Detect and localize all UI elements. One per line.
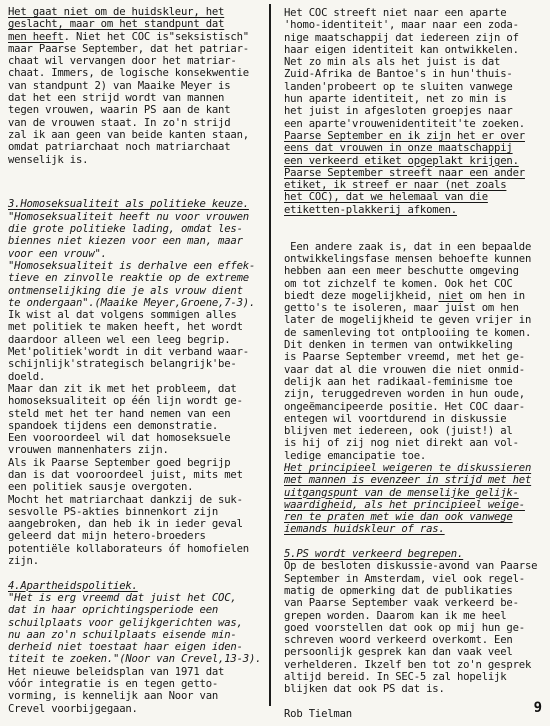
ontwikkeling-paragraph-line: zijn, teruggedreven worden in hun oude, xyxy=(284,388,546,400)
ontwikkeling-paragraph-line: delijk aan het radikaal-feminisme toe xyxy=(284,376,546,388)
section3-quote1-line: die grote politieke lading, omdat les- xyxy=(8,223,268,235)
section3-body-line: Als ik Paarse September goed begrijp xyxy=(8,457,268,469)
etiket-statement-line: het COC), dat we helemaal van die xyxy=(284,191,546,203)
blank-line xyxy=(284,696,546,708)
coc-paragraph-line: het juist in afgesloten groepjes naar xyxy=(284,105,546,117)
ontwikkeling-paragraph-line: om tot zichzelf te komen. Ook het COC xyxy=(284,278,546,290)
intro-paragraph-line: geslacht, maar om het standpunt dat xyxy=(8,18,268,30)
section5-body-line: van Paarse September vaak verkeerd be- xyxy=(284,597,546,609)
section4-body-line: Crevel voorbijgegaan. xyxy=(8,703,268,715)
section3-body-line: Maar dan zit ik met het probleem, dat xyxy=(8,383,268,395)
section5-body-line: Op de besloten diskussie-avond van Paars… xyxy=(284,560,546,572)
section3-quote1-line: voor een vrouw". xyxy=(8,248,268,260)
etiket-statement-line: een verkeerd etiket opgeplakt krijgen. xyxy=(284,155,546,167)
author-signature-line: Rob Tielman xyxy=(284,708,546,720)
section5-body-line: schreven woord verkeerd overkomt. Een xyxy=(284,634,546,646)
section3-quote1-line: biennes niet kiezen voor een man, maar xyxy=(8,235,268,247)
section4-body-line: Het nieuwe beleidsplan van 1971 dat xyxy=(8,666,268,678)
intro-paragraph-line: dat het een strijd wordt van mannen xyxy=(8,92,268,104)
coc-paragraph-line: nige maatschappij dat iedereen zijn of xyxy=(284,32,546,44)
coc-paragraph-line: 'homo-identiteit', maar naar een zoda- xyxy=(284,19,546,31)
intro-paragraph-line: tegen vrouwen, waarin PS aan de kant xyxy=(8,104,268,116)
right-column: Het COC streeft niet naar een aparte'hom… xyxy=(284,0,546,720)
section3-body-line: zijn. xyxy=(8,555,268,567)
intro-paragraph-line: van standpunt 2) van Maaike Meyer is xyxy=(8,80,268,92)
section3-quote1-line: "Homoseksualiteit heeft nu voor vrouwen xyxy=(8,211,268,223)
blank-line xyxy=(8,178,268,190)
section4-quote-line: titeit te zoeken."(Noor van Crevel,13-3)… xyxy=(8,653,268,665)
document-page: Het gaat niet om de huidskleur, hetgesla… xyxy=(0,0,550,726)
section3-quote2-line: tieve en zinvolle reaktie op de extreme xyxy=(8,272,268,284)
ontwikkeling-paragraph-line: ontwikkelingsfase mensen behoefte kunnen xyxy=(284,253,546,265)
etiket-statement-line: Paarse September streeft naar een ander xyxy=(284,167,546,179)
etiket-statement-line: eens dat vrouwen in onze maatschappij xyxy=(284,142,546,154)
section5-body-line: matig de opmerking dat de publikaties xyxy=(284,585,546,597)
principieel-statement-line: uitgangspunt van de menselijke gelijk- xyxy=(284,487,546,499)
section3-quote2-line: ontmenselijking die je als vrouw dient xyxy=(8,285,268,297)
section3-heading-line: 3.Homoseksualiteit als politieke keuze. xyxy=(8,198,268,210)
ontwikkeling-paragraph-line: is Paarse September vreemd, met het ge- xyxy=(284,351,546,363)
ontwikkeling-paragraph-line: blijven met iedereen, ook (juist!) al xyxy=(284,425,546,437)
ontwikkeling-paragraph-line: getto's te isoleren, maar juist om hen xyxy=(284,302,546,314)
section3-body-line: sesvolle PS-akties binnenkort zijn xyxy=(8,506,268,518)
section5-body-line: verhelderen. Ikzelf ben tot zo'n gesprek xyxy=(284,659,546,671)
ontwikkeling-paragraph-line: entegen wil voortdurend in diskussie xyxy=(284,413,546,425)
section3-body-line: doeld. xyxy=(8,371,268,383)
principieel-statement-line: met mannen is evenzeer in strijd met het xyxy=(284,474,546,486)
section3-body-line: met politiek te maken heeft, het wordt xyxy=(8,321,268,333)
etiket-statement-line: etiketten-plakkerij afkomen. xyxy=(284,204,546,216)
section5-body-line: blijken dat ook PS dat is. xyxy=(284,683,546,695)
intro-paragraph-line: maar Paarse September, dat het patriar- xyxy=(8,43,268,55)
blank-line xyxy=(8,567,268,579)
intro-paragraph-line: men heeft. Niet het COC is"seksistisch" xyxy=(8,31,268,43)
section3-body-line: schijnlijk'strategisch belangrijk'be- xyxy=(8,358,268,370)
coc-paragraph-line: Net zo min als als het juist is dat xyxy=(284,56,546,68)
section4-quote-line: derheid niet toestaat haar eigen iden- xyxy=(8,641,268,653)
intro-paragraph-line: Het gaat niet om de huidskleur, het xyxy=(8,6,268,18)
section5-body-line: goed voorstellen dat ook op mij hun ge- xyxy=(284,622,546,634)
ontwikkeling-paragraph-line: hebben aan een meer beschutte omgeving xyxy=(284,265,546,277)
intro-paragraph-line: van de vrouwen staat. In zo'n strijd xyxy=(8,117,268,129)
section3-quote2-line: te ondergaan".(Maaike Meyer,Groene,7-3). xyxy=(8,297,268,309)
blank-line xyxy=(8,166,268,178)
section5-heading-line: 5.PS wordt verkeerd begrepen. xyxy=(284,548,546,560)
section3-body-line: aangebroken, dan heb ik in ieder geval xyxy=(8,518,268,530)
section3-body-line: Een vooroordeel wil dat homoseksuele xyxy=(8,432,268,444)
section4-quote-line: schuilplaats voor gelijkgerichten was, xyxy=(8,617,268,629)
section3-body-line: daardoor alleen wel een leeg begrip. xyxy=(8,334,268,346)
section3-body-line: geleerd dat mijn hetero-broeders xyxy=(8,530,268,542)
ontwikkeling-paragraph-line: ongeëmancipeerde positie. Het COC daar- xyxy=(284,401,546,413)
section4-heading-line: 4.Apartheidspolitiek. xyxy=(8,580,268,592)
section3-body-line: steld met het ter hand nemen van een xyxy=(8,408,268,420)
section4-body-line: vorming, is kennelijk aan Noor van xyxy=(8,690,268,702)
section3-body-line: Ik wist al dat volgens sommigen alles xyxy=(8,309,268,321)
section5-body-line: grepen worden. Daarom kan ik me heel xyxy=(284,610,546,622)
section3-body-line: potentiële kollaborateurs óf homofielen xyxy=(8,543,268,555)
section3-body-line: Met'politiek'wordt in dit verband waar- xyxy=(8,346,268,358)
intro-paragraph-line: omdat patriarchaat noch matriarchaat xyxy=(8,141,268,153)
section3-body-line: een politiek sausje overgoten. xyxy=(8,481,268,493)
section4-quote-line: nu aan zo'n schuilplaats eisende min- xyxy=(8,629,268,641)
ontwikkeling-paragraph-line: vaar dat al die vrouwen die niet onmid- xyxy=(284,364,546,376)
principieel-statement-line: Het principieel weigeren te diskussieren xyxy=(284,462,546,474)
section5-body-line: September in Amsterdam, viel ook regel- xyxy=(284,573,546,585)
ontwikkeling-paragraph-line: Een andere zaak is, dat in een bepaalde xyxy=(284,241,546,253)
etiket-statement-line: etiket, ik streef er naar (net zoals xyxy=(284,179,546,191)
etiket-statement-line: Paarse September en ik zijn het er over xyxy=(284,130,546,142)
page-number: 9 xyxy=(534,700,542,716)
section3-body-line: spandoek tijdens een demonstratie. xyxy=(8,420,268,432)
left-column: Het gaat niet om de huidskleur, hetgesla… xyxy=(8,0,268,715)
section4-quote-line: dat in haar oprichtingsperiode een xyxy=(8,604,268,616)
coc-paragraph-line: Zuid-Afrika de Bantoe's in hun'thuis- xyxy=(284,68,546,80)
blank-line xyxy=(284,536,546,548)
blank-line xyxy=(284,216,546,228)
ontwikkeling-paragraph-line: later de mogelijkheid te geven vrijer in xyxy=(284,314,546,326)
section3-body-line: dan is dat vooroordeel juist, mits met xyxy=(8,469,268,481)
intro-paragraph-line: chaat. Immers, de logische konsekwentie xyxy=(8,67,268,79)
section5-body-line: persoonlijk gesprek kan dan vaak veel xyxy=(284,646,546,658)
section4-quote-line: "Het is erg vreemd dat juist het COC, xyxy=(8,592,268,604)
ontwikkeling-paragraph-line: biedt deze mogelijkheid, niet om hen in xyxy=(284,290,546,302)
coc-paragraph-line: landen'probeert op te sluiten vanwege xyxy=(284,81,546,93)
principieel-statement-line: ren te praten met wie dan ook vanwege xyxy=(284,511,546,523)
section3-body-line: vrouwen mannenhaters zijn. xyxy=(8,444,268,456)
ontwikkeling-paragraph-line: Dit denken in termen van ontwikkeling xyxy=(284,339,546,351)
principieel-statement-line: iemands huidskleur of ras. xyxy=(284,523,546,535)
coc-paragraph-line: haar eigen identiteit kan ontwikkelen. xyxy=(284,44,546,56)
column-divider xyxy=(269,4,271,706)
coc-paragraph-line: hun aparte identiteit, net zo min is xyxy=(284,93,546,105)
ontwikkeling-paragraph-line: de samenleving tot ontplooiing te komen. xyxy=(284,327,546,339)
section3-quote2-line: "Homoseksualiteit is derhalve een effek- xyxy=(8,260,268,272)
blank-line xyxy=(284,228,546,240)
section3-body-line: Mocht het matriarchaat dankzij de suk- xyxy=(8,494,268,506)
intro-paragraph-line: chaat wil vervangen door het matriar- xyxy=(8,55,268,67)
section4-body-line: vóór integratie is en tegen getto- xyxy=(8,678,268,690)
section5-body-line: altijd bereid. In SEC-5 zal hopelijk xyxy=(284,671,546,683)
coc-paragraph-line: Het COC streeft niet naar een aparte xyxy=(284,7,546,19)
intro-paragraph-line: zal ik aan geen van beide kanten staan, xyxy=(8,129,268,141)
section3-body-line: homoseksualiteit op één lijn wordt ge- xyxy=(8,395,268,407)
ontwikkeling-paragraph-line: ledige emancipatie toe. xyxy=(284,450,546,462)
principieel-statement-line: waardigheid, als het principieel weige- xyxy=(284,499,546,511)
coc-paragraph-line: een aparte'vrouwenidentiteit'te zoeken. xyxy=(284,118,546,130)
intro-paragraph-line: wenselijk is. xyxy=(8,154,268,166)
ontwikkeling-paragraph-line: is hij of zij nog niet direkt aan vol- xyxy=(284,437,546,449)
